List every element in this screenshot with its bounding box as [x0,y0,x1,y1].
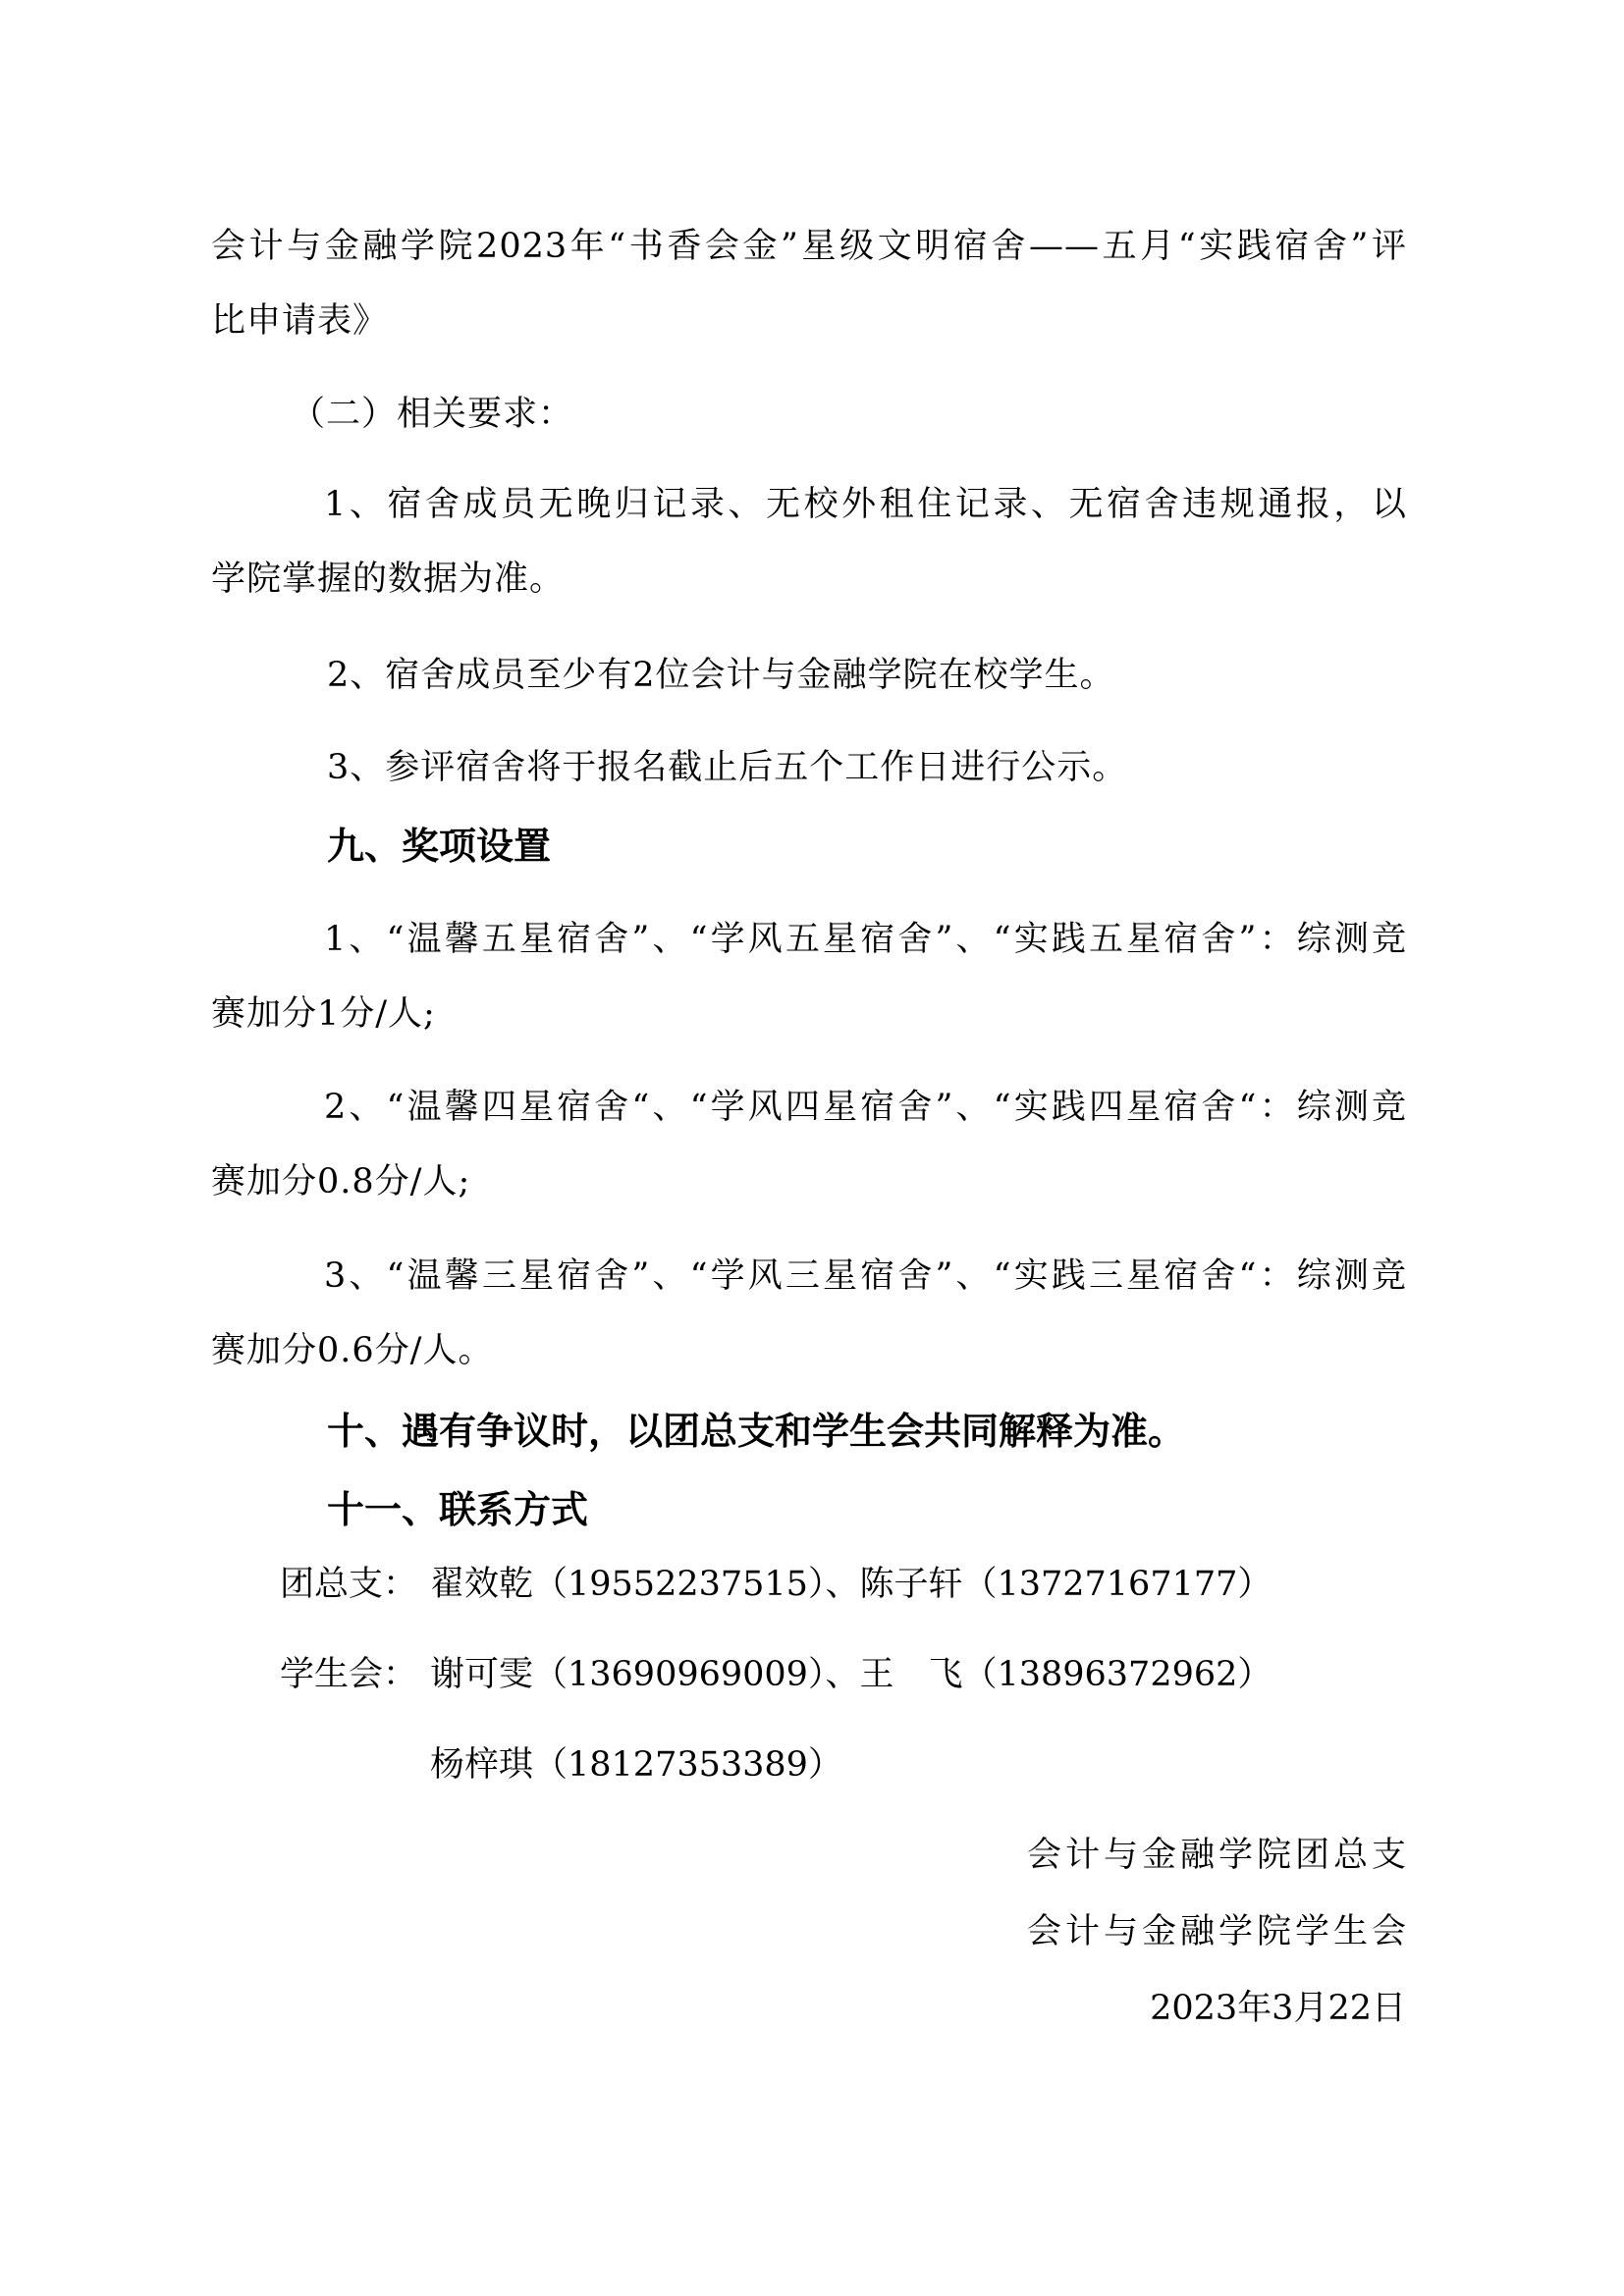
requirement-item-1-line-2: 学院掌握的数据为准。 [211,560,565,599]
section-10-heading: 十、遇有争议时，以团总支和学生会共同解释为准。 [327,1410,1185,1453]
award-item-3-line-1: 3、“温馨三星宿舍”、“学风三星宿舍”、“实践三星宿舍“：综测竞 [324,1256,1407,1296]
award-item-1-line-1: 1、“温馨五星宿舍”、“学风五星宿舍”、“实践五星宿舍”：综测竞 [324,920,1407,959]
document-page: 会计与金融学院2023年“书香会金”星级文明宿舍——五月“实践宿舍”评 比申请表… [0,0,1624,2296]
award-item-3-line-2: 赛加分0.6分/人。 [211,1331,493,1370]
requirement-item-3: 3、参评宿舍将于报名截止后五个工作日进行公示。 [327,748,1127,787]
signature-org-league: 会计与金融学院团总支 [1027,1836,1410,1875]
contact-entries-student-union: 谢可雯（13690969009）、王 飞（13896372962） [430,1655,1272,1694]
award-item-1-line-2: 赛加分1分/人; [211,994,436,1034]
contact-entries-extra: 杨梓琪（18127353389） [430,1745,842,1785]
contact-entries-league: 翟效乾（19552237515）、陈子轩（13727167177） [430,1565,1272,1604]
award-item-2-line-1: 2、“温馨四星宿舍“、“学风四星宿舍”、“实践四星宿舍“：综测竞 [324,1088,1407,1127]
signature-org-student-union: 会计与金融学院学生会 [1027,1912,1410,1951]
award-item-2-line-2: 赛加分0.8分/人; [211,1162,470,1201]
continuation-line-1: 会计与金融学院2023年“书香会金”星级文明宿舍——五月“实践宿舍”评 [211,227,1407,266]
requirements-title: （二）相关要求： [291,395,573,434]
contact-label-student-union: 学生会： [280,1655,417,1694]
signature-date: 2023年3月22日 [1150,1989,1406,2028]
contact-label-league: 团总支： [280,1565,417,1604]
section-9-heading: 九、奖项设置 [327,825,551,868]
requirement-item-2: 2、宿舍成员至少有2位会计与金融学院在校学生。 [327,656,1115,695]
continuation-line-2: 比申请表》 [211,301,388,341]
section-11-heading: 十一、联系方式 [327,1488,588,1531]
requirement-item-1-line-1: 1、宿舍成员无晚归记录、无校外租住记录、无宿舍违规通报，以 [324,485,1407,524]
